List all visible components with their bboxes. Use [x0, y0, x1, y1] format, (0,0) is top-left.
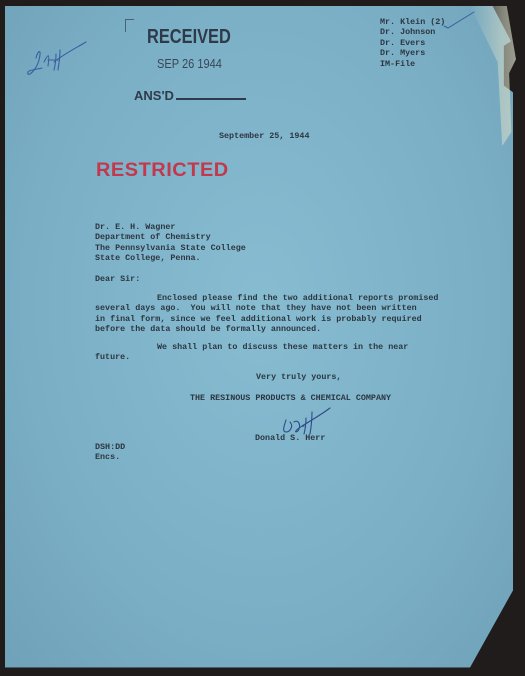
company-name: THE RESINOUS PRODUCTS & CHEMICAL COMPANY — [190, 393, 391, 403]
check-mark-icon — [444, 10, 476, 30]
body-paragraph-1: Enclosed please find the two additional … — [95, 293, 438, 335]
cc-line: Dr. Evers — [380, 38, 425, 48]
letter-paper — [5, 6, 516, 670]
received-stamp-label: RECEIVED — [147, 26, 231, 49]
answered-stamp-label: ANS'D — [134, 88, 174, 103]
address-line: The Pennsylvania State College — [95, 243, 246, 253]
stamp-corner-mark — [125, 19, 134, 32]
salutation: Dear Sir: — [95, 274, 140, 284]
letter-date: September 25, 1944 — [219, 131, 309, 141]
closing: Very truly yours, — [256, 372, 341, 382]
paragraph-line: We shall plan to discuss these matters i… — [157, 342, 408, 352]
handwritten-initials-icon — [24, 40, 94, 80]
cc-line: Dr. Johnson — [380, 27, 435, 37]
paragraph-line: in final form, since we feel additional … — [95, 314, 422, 324]
paragraph-line: Enclosed please find the two additional … — [157, 293, 438, 303]
restricted-stamp: RESTRICTED — [96, 160, 229, 182]
reference-initials-text: DSH:DD — [95, 442, 125, 452]
paragraph-line: before the data should be formally annou… — [95, 324, 321, 334]
paragraph-line: future. — [95, 352, 130, 362]
signer-name: Donald S. Herr — [255, 433, 325, 443]
cc-line: Mr. Klein (2) — [380, 17, 445, 27]
received-stamp-date: SEP 26 1944 — [157, 56, 222, 71]
enclosure-note: Encs. — [95, 452, 120, 462]
body-paragraph-2: We shall plan to discuss these matters i… — [95, 342, 408, 363]
address-line: Dr. E. H. Wagner — [95, 222, 175, 232]
cc-line: IM-File — [380, 59, 415, 69]
address-line: State College, Penna. — [95, 253, 201, 263]
cc-line: Dr. Myers — [380, 48, 425, 58]
answered-stamp-line — [176, 98, 246, 100]
paragraph-line: several days ago. You will note that the… — [95, 303, 417, 313]
reference-initials: DSH:DD Encs. — [95, 442, 125, 463]
address-line: Department of Chemistry — [95, 232, 211, 242]
recipient-address: Dr. E. H. Wagner Department of Chemistry… — [95, 222, 246, 264]
distribution-list: Mr. Klein (2) Dr. Johnson Dr. Evers Dr. … — [380, 17, 445, 69]
